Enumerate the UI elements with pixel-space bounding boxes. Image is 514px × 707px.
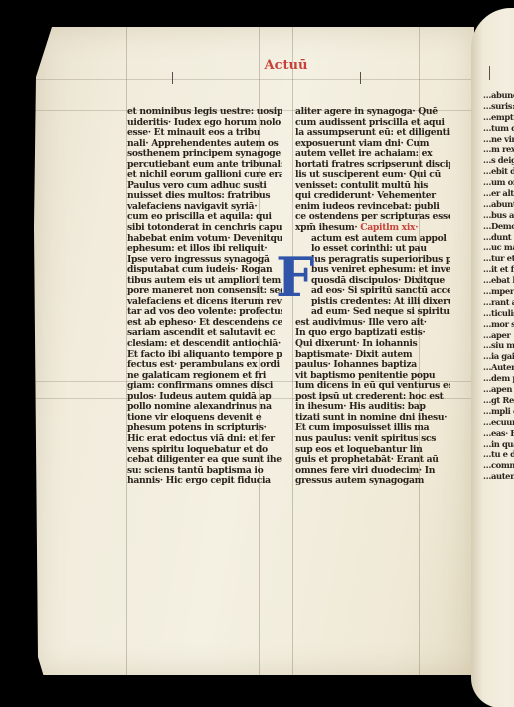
text-line: disputabat cum iudeis· Rogan: [127, 265, 282, 276]
text-line: post ipsū ut crederent: hoc est: [295, 392, 450, 403]
text-line: autem vellet ire achaiam: ex: [295, 149, 450, 160]
text-line: …suris: de: [483, 101, 514, 112]
text-line: ne galaticam regionem et fri: [127, 371, 282, 382]
text-line: …tur et eog: [483, 253, 514, 264]
text-line: valefaciens navigavit syriā·: [127, 202, 282, 213]
text-line: …mper q: [483, 286, 514, 297]
text-line: nus paulus: venit spiritus scs: [295, 434, 450, 445]
text-line: vit baptismo penitentie popu: [295, 371, 450, 382]
opposite-page-column: …abunda la …suris: de …emptum b …tum dum…: [483, 90, 514, 482]
text-line: quosdā discipulos· Dixitque: [311, 276, 450, 287]
column-tick-left: [172, 72, 173, 84]
text-line: …mor sugn: [483, 319, 514, 330]
text-line: …apen fi: [483, 384, 514, 395]
text-line: …it et fam: [483, 264, 514, 275]
text-line: cebat diligenter ea que sunt ihe: [127, 455, 282, 466]
text-line: hannis· Hic ergo cepit fiducia: [127, 476, 282, 487]
text-line: …siu mp: [483, 340, 514, 351]
text-line: nuisset dies multos: fratribus: [127, 191, 282, 202]
text-line: …s deigmu: [483, 155, 514, 166]
text-line: venisset: contulit multū his: [295, 181, 450, 192]
text-line: lo esset corinthi: ut pau: [311, 244, 450, 255]
text-line: …ebat long: [483, 275, 514, 286]
left-column: et nominibus legis uestre: uosipsi uider…: [127, 107, 282, 487]
text-line: …mpli dum: [483, 406, 514, 417]
text-line: …ecuum fo: [483, 417, 514, 428]
text-line: vens spiritu loquebatur et do: [127, 445, 282, 456]
text-line: Et cum imposuisset illis ma: [295, 423, 450, 434]
text-line: …dem pur: [483, 373, 514, 384]
running-head: Actuū: [256, 58, 316, 73]
text-line: …ia gai: [483, 351, 514, 362]
text-line: …tum dum: [483, 123, 514, 134]
ruling-line-top: [34, 79, 474, 80]
text-line: gressus autem synagogam: [295, 476, 450, 487]
text-line: omnes fere viri duodecim· In: [295, 466, 450, 477]
text-line: phesum potens in scripturis·: [127, 423, 282, 434]
text-line: …ticulis ul: [483, 308, 514, 319]
text-line: esse· Et minauit eos a tribu: [127, 128, 282, 139]
opposite-page-edge: …abunda la …suris: de …emptum b …tum dum…: [471, 8, 514, 707]
text-line: exposuerunt viam dni· Cum: [295, 139, 450, 150]
initial-paragraph: actum est autem cum appol lo esset corin…: [295, 234, 450, 318]
manuscript-leaf: Actuū et nominibus legis uestre: uosipsi…: [34, 27, 474, 675]
text-line: In quo ergo baptizati estis·: [295, 328, 450, 339]
text-line: …Demonstr: [483, 221, 514, 232]
text-fragment: xpm̄ ihesum·: [295, 223, 357, 233]
text-line: clesiam: et descendit antiochiā·: [127, 339, 282, 350]
text-line: …um omnib: [483, 177, 514, 188]
ruling-line-right-col-left: [292, 27, 293, 675]
text-line: guis et prophetabāt· Erant aū: [295, 455, 450, 466]
text-line: et nominibus legis uestre: uosipsi: [127, 107, 282, 118]
text-line: Hic erat edoctus viā dni: et fer: [127, 434, 282, 445]
text-line: est audivimus· Ille vero ait·: [295, 318, 450, 329]
text-line: Qui dixerunt· In iohannis: [295, 339, 450, 350]
text-line: …dunt tum g: [483, 232, 514, 243]
text-line: pore maneret non consensit: sed: [127, 286, 282, 297]
right-column: aliter agere in synagoga· Quē cum audiss…: [295, 107, 450, 487]
text-line: enim iudeos revincebat: publi: [295, 202, 450, 213]
text-line: ce ostendens per scripturas esse: [295, 212, 450, 223]
text-line: ephesum: et illos ibi reliquit·: [127, 244, 282, 255]
text-line: tione vir eloquens devenit e: [127, 413, 282, 424]
text-line: tar ad vos deo volente: profectus: [127, 307, 282, 318]
text-line: uideritis· Iudex ego horum nolo: [127, 118, 282, 129]
column-tick-right: [360, 72, 361, 84]
text-line: …auteni: [483, 471, 514, 482]
text-line: lis ut susciperent eum· Qui cū: [295, 170, 450, 181]
text-line: …ebit disput: [483, 166, 514, 177]
text-line: actum est autem cum appol: [311, 234, 450, 245]
text-line: …rant au: [483, 297, 514, 308]
text-line: cum audissent priscilla et aqui: [295, 118, 450, 129]
text-line: est ab epheso· Et descendens ce: [127, 318, 282, 329]
chapter-rubric: Capitlm xix·: [360, 223, 418, 233]
text-line: …tu e dun: [483, 449, 514, 460]
text-line: …emptum b: [483, 112, 514, 123]
text-line: in ihesum· His auditis: bap: [295, 402, 450, 413]
text-line: habebat enim votum· Devenitque: [127, 234, 282, 245]
text-line: …abunda la: [483, 90, 514, 101]
text-line: …commo: [483, 460, 514, 471]
text-line: la assumpserunt eū: et diligentius: [295, 128, 450, 139]
text-line: pollo nomine alexandrinus na: [127, 402, 282, 413]
text-line: fectus est· perambulans ex ordi: [127, 360, 282, 371]
text-line: sariam ascendit et salutavit ec: [127, 328, 282, 339]
text-line: pistis credentes: At illi dixerunt: [311, 297, 450, 308]
text-line: qui crediderunt· Vehementer: [295, 191, 450, 202]
text-line: nali· Apprehendentes autem os: [127, 139, 282, 150]
text-line: …bus anno: [483, 210, 514, 221]
decorated-initial-letter: F: [276, 252, 302, 304]
text-line: …eas· Er: [483, 428, 514, 439]
text-line: sosthenem principem synagoge: [127, 149, 282, 160]
text-line: cum eo priscilla et aquila: qui: [127, 212, 282, 223]
text-line: …gt Refun: [483, 395, 514, 406]
text-line: hortati fratres scripserunt discipu: [295, 160, 450, 171]
column-tick-opposite: [489, 66, 490, 80]
text-line: tizati sunt in nomine dni ihesu·: [295, 413, 450, 424]
text-line: aliter agere in synagoga· Quē: [295, 107, 450, 118]
text-line: Ipse vero ingressus synagogā: [127, 255, 282, 266]
text-line: paulus· Iohannes baptiza: [295, 360, 450, 371]
text-line: giam: confirmans omnes disci: [127, 381, 282, 392]
text-line: su: sciens tantū baptisma io: [127, 466, 282, 477]
text-line: …uc maria: [483, 242, 514, 253]
text-line: sup eos et loquebantur lin: [295, 445, 450, 456]
text-line: valefaciens et dicens iterum rever: [127, 297, 282, 308]
text-line: …in quag: [483, 439, 514, 450]
text-line: ad eos· Si spiritū sanctū acce: [311, 286, 450, 297]
text-line: et nichil eorum gallioni cure erat·: [127, 170, 282, 181]
text-line: …m rexdum: [483, 144, 514, 155]
text-line: pulos· Iudeus autem quidā ap: [127, 392, 282, 403]
text-line-with-rubric: xpm̄ ihesum· Capitlm xix·: [295, 223, 450, 234]
text-line: bus veniret ephesum: et inveniret: [311, 265, 450, 276]
text-line: Et facto ibi aliquanto tempore pro: [127, 350, 282, 361]
text-line: lum dicens in eū qui venturus est: [295, 381, 450, 392]
text-line: ad eum· Sed neque si spiritus sanctus: [311, 307, 450, 318]
text-line: …er alt gnu: [483, 188, 514, 199]
text-line: …Autem cu: [483, 362, 514, 373]
text-line: …abunt im: [483, 199, 514, 210]
text-line: Paulus vero cum adhuc susti: [127, 181, 282, 192]
text-line: tibus autem eis ut ampliori tem: [127, 276, 282, 287]
text-line: …aper: [483, 330, 514, 341]
text-line: lus peragratis superioribus parti: [311, 255, 450, 266]
text-line: …ne vindicen: [483, 134, 514, 145]
text-line: baptismate· Dixit autem: [295, 350, 450, 361]
text-line: percutiebant eum ante tribunal:: [127, 160, 282, 171]
text-line: sibi totonderat in cenchris caput·: [127, 223, 282, 234]
